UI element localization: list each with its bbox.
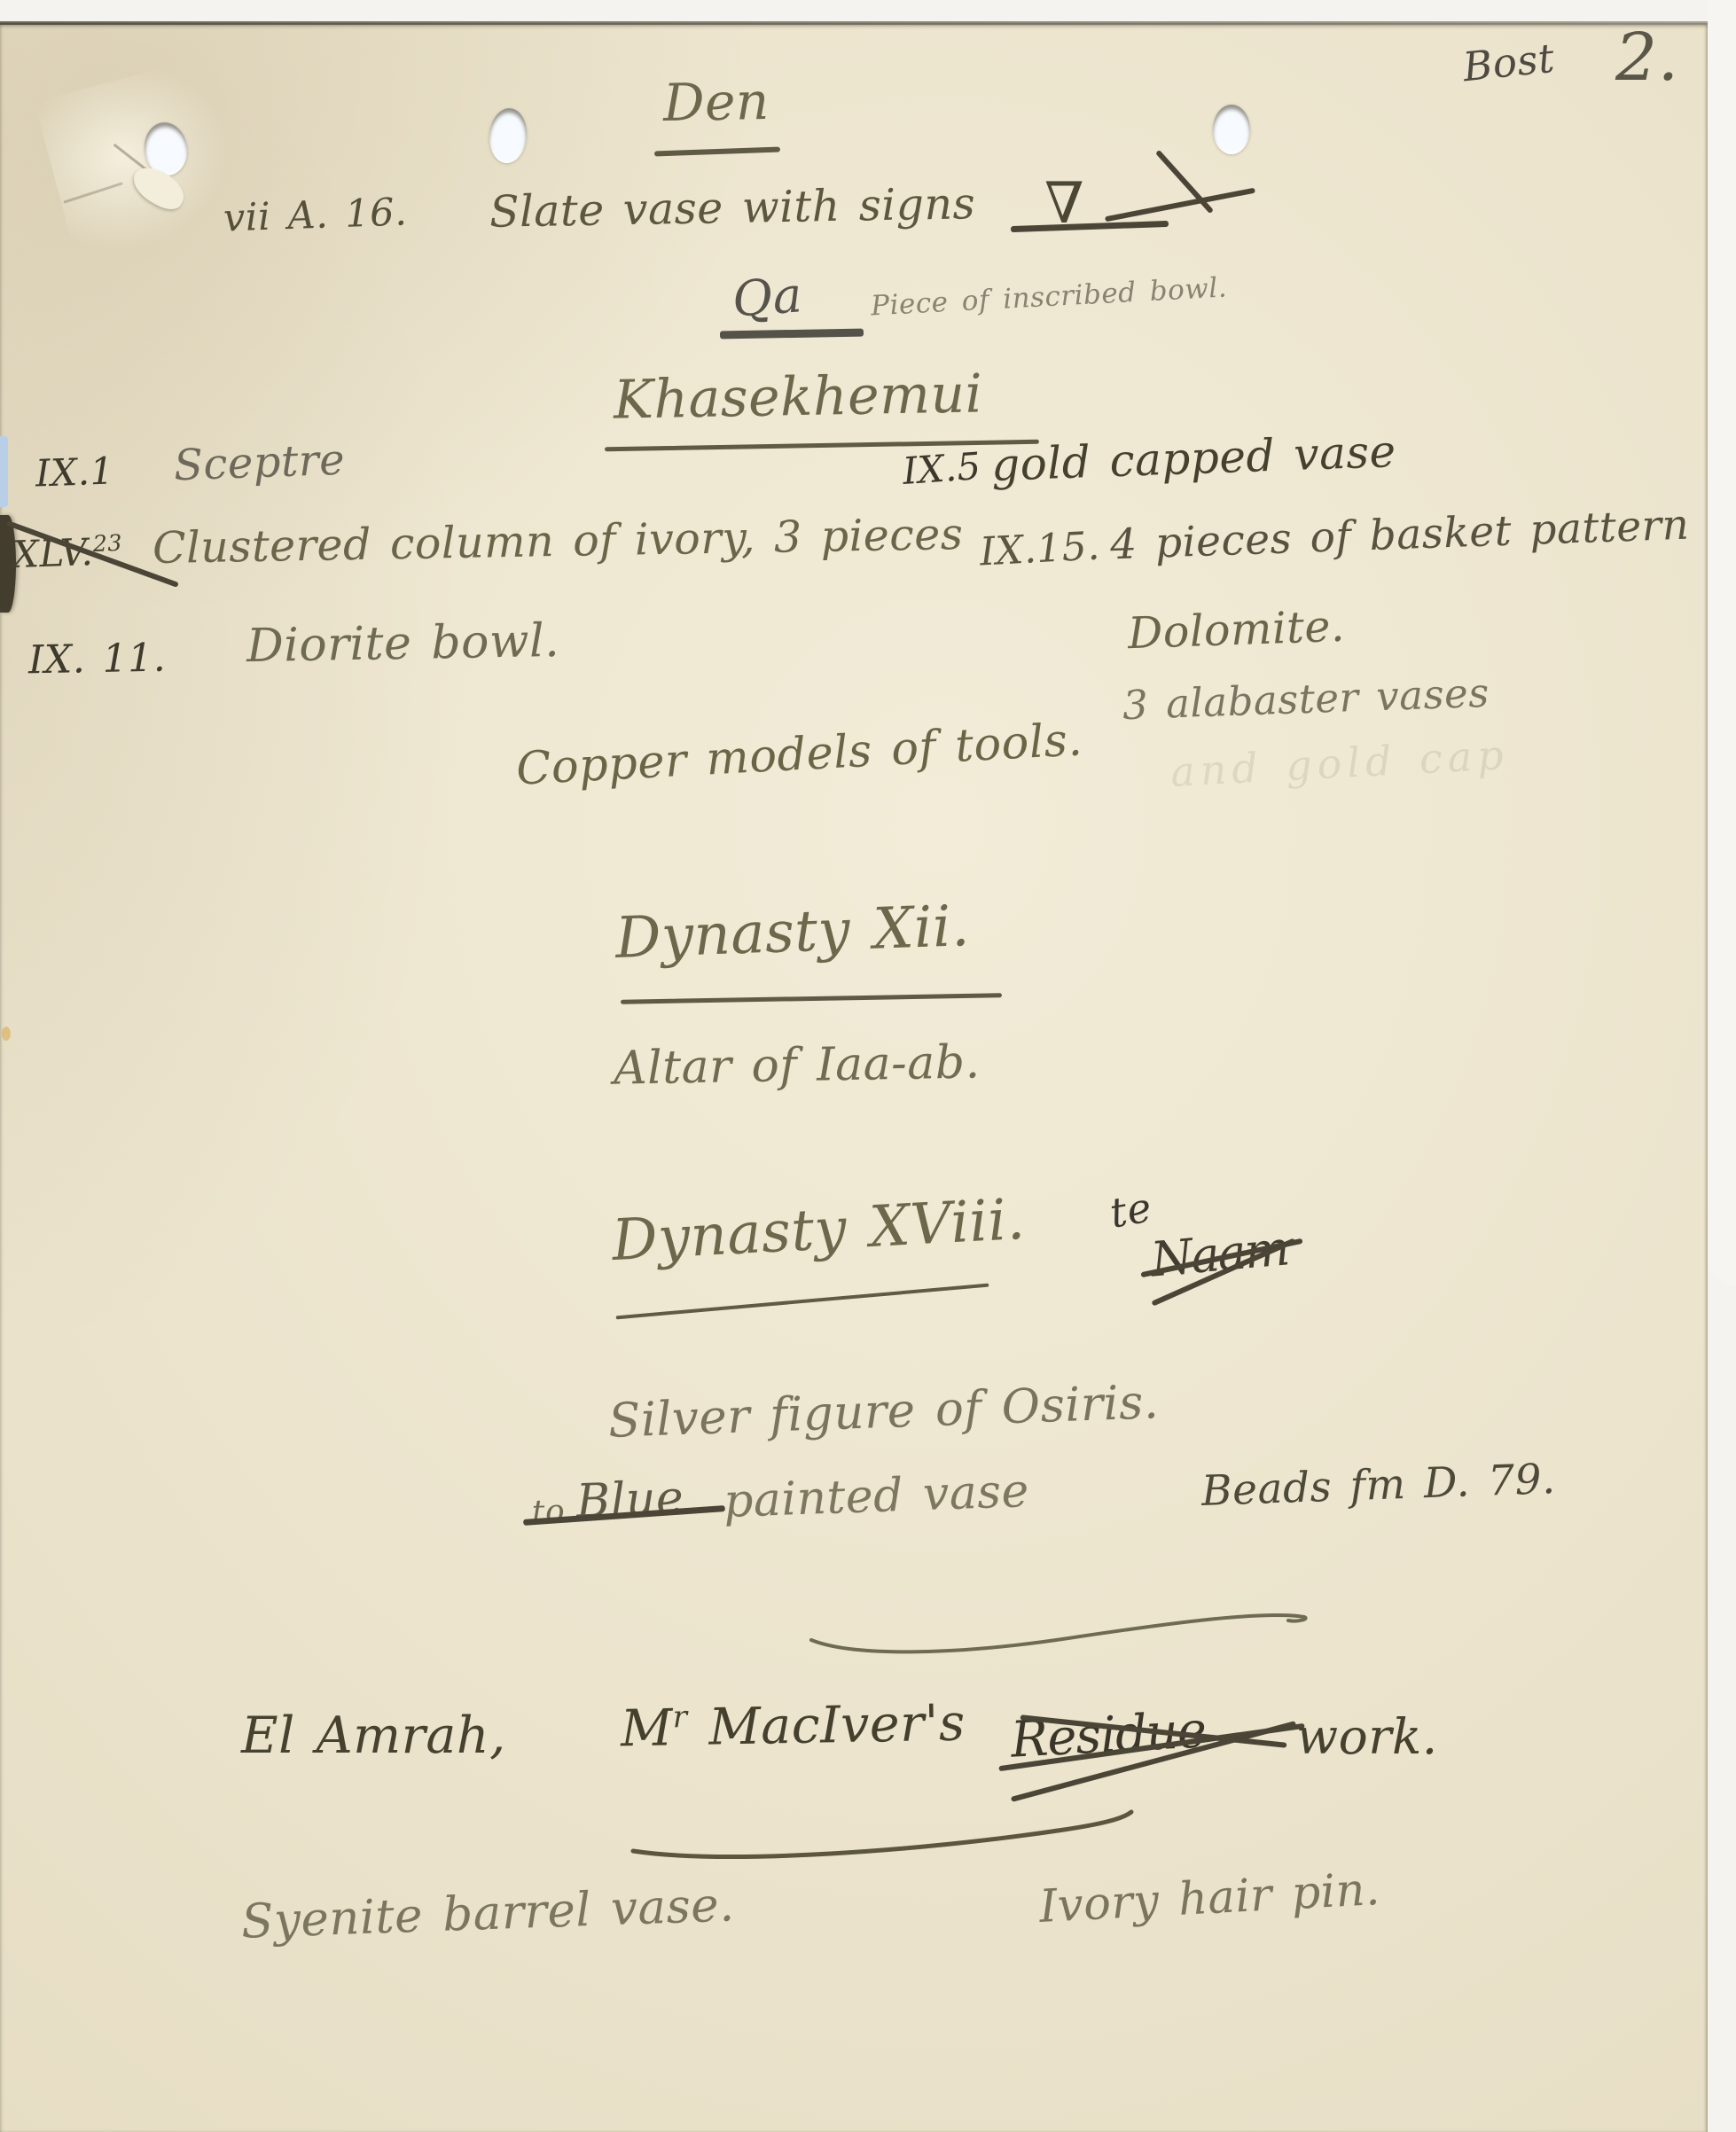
blue-vase-text: painted vase	[723, 1468, 1029, 1525]
work-text: work.	[1296, 1713, 1438, 1761]
maciver-m: M	[620, 1699, 673, 1758]
scanned-page: Bost 2. Den vii A. 16. Slate vase with s…	[0, 0, 1736, 2132]
maciver-name: MacIver's	[708, 1694, 966, 1757]
heading-den: Den	[663, 75, 770, 129]
dolomite-text: Dolomite.	[1127, 605, 1345, 656]
qa-note: Piece of inscribed bowl.	[870, 274, 1227, 320]
maciver-m-sup: r	[672, 1699, 688, 1735]
heading-den-underline	[654, 147, 780, 157]
qa-underline	[720, 329, 864, 340]
alabaster-text: 3 alabaster vases	[1122, 673, 1490, 725]
left-edge-stain-dot	[2, 1027, 11, 1041]
diorite-ref: IX. 11.	[28, 639, 167, 681]
gold-vase-text: gold capped vase	[990, 429, 1396, 488]
syenite-vase-text: Syenite barrel vase.	[240, 1881, 735, 1945]
beads-text: Beads fm D. 79.	[1200, 1458, 1556, 1512]
paper-sheet: Bost 2. Den vii A. 16. Slate vase with s…	[0, 23, 1708, 2132]
divider-swoosh	[802, 1596, 1325, 1667]
maciver-text: Mr MacIver's	[621, 1698, 966, 1755]
slate-vase-text: Slate vase with signs	[489, 182, 976, 234]
heading-khasekhemui: Khasekhemui	[614, 367, 983, 426]
altar-text: Altar of Iaa-ab.	[614, 1039, 981, 1091]
sceptre-ref: IX.1	[35, 452, 114, 492]
gold-vase-ref: IX.5	[902, 448, 982, 490]
el-amrah-text: El Amrah,	[241, 1711, 506, 1761]
page-number: 2.	[1615, 25, 1679, 90]
slate-vase-ref: vii A. 16.	[223, 193, 408, 238]
top-edge-shadow-line	[0, 21, 1708, 25]
silver-osiris-text: Silver figure of Osiris.	[607, 1378, 1160, 1445]
basket-ref: IX.15.	[979, 527, 1101, 572]
diorite-text: Diorite bowl.	[246, 618, 560, 669]
heading-dynasty-xii-underline	[621, 993, 1002, 1004]
left-edge-blue-sliver	[0, 436, 8, 507]
column-ref: XLV.23	[12, 532, 123, 574]
el-amrah-underline-flourish	[621, 1800, 1153, 1870]
heading-dynasty-xviii-underline	[616, 1284, 989, 1320]
qa-king-label: Qa	[731, 270, 804, 324]
superscript-note: te	[1107, 1186, 1154, 1233]
heading-dynasty-xviii: Dynasty XViii.	[611, 1191, 1027, 1269]
archive-label: Bost	[1461, 38, 1556, 88]
scan-background-right-strip	[1708, 0, 1736, 1285]
sceptre-text: Sceptre	[173, 439, 346, 488]
punch-hole-middle	[487, 106, 528, 164]
erased-ghost-text: and gold cap	[1169, 734, 1510, 793]
basket-text: 4 pieces of basket pattern	[1109, 504, 1690, 566]
copper-models-text: Copper models of tools.	[515, 717, 1083, 792]
heading-dynasty-xii: Dynasty Xii.	[614, 898, 971, 967]
ivory-pin-text: Ivory hair pin.	[1038, 1867, 1381, 1930]
torn-corner-patch	[35, 56, 249, 264]
sign-strike-bar	[1011, 221, 1169, 232]
punch-hole-right	[1213, 105, 1250, 154]
column-text: Clustered column of ivory, 3 pieces	[152, 512, 964, 570]
sign-cross-stroke-1	[1105, 188, 1255, 223]
